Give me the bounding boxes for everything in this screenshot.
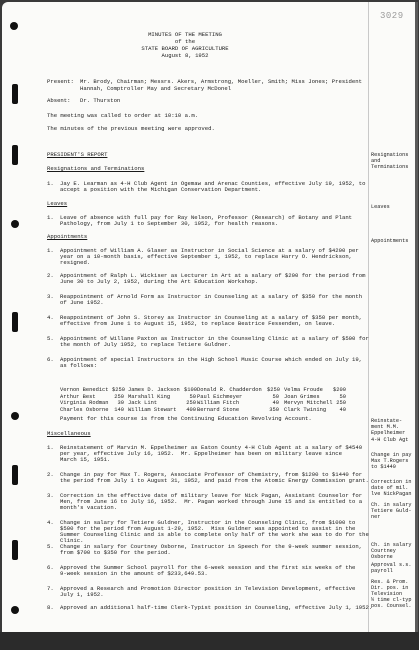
table-row: Charles Osborne 140 William Stewart 400 … [60, 407, 346, 414]
margin-note-ch-salary-osborne: Ch. in salary Courtney Osborne [371, 542, 411, 561]
binding-slot-icon [12, 540, 18, 560]
item-text: Appointment of special Instructors in th… [60, 357, 362, 364]
instructor-name: Charles Osborne [60, 407, 112, 414]
item-text: from $700 to $350 for the period. [60, 550, 171, 557]
instructor-amount: 50 [184, 394, 196, 401]
margin-note-leaves: Leaves [371, 204, 390, 210]
instructor-name: Joan Grimes [284, 394, 332, 401]
page-number: 3029 [380, 11, 404, 21]
item-text: the period from July 1 to August 31, 195… [60, 478, 369, 485]
instructor-amount: 350 [267, 407, 279, 414]
punch-hole-icon [11, 412, 19, 420]
leaves-heading: Leaves [47, 201, 67, 208]
instructor-amount: 40 [332, 407, 346, 414]
instructor-amount: 250 [112, 394, 124, 401]
instructor-amount: $100 [184, 387, 196, 394]
table-row: Arthur Best 250 Marshall King 50 Paul Ei… [60, 394, 346, 401]
item-number: 8. [47, 605, 54, 612]
punch-hole-icon [10, 22, 18, 30]
margin-note-change-pay: Change in pay Max T.Rogers to $1440 [371, 452, 411, 471]
instructor-amount: 140 [112, 407, 124, 414]
item-number: 1. [47, 445, 54, 452]
instructor-name: Virginia Rodman [60, 400, 112, 407]
item-number: 6. [47, 357, 54, 364]
presidents-report-heading: PRESIDENT'S REPORT [47, 152, 107, 159]
margin-note-res-prom: Res. & Prom. Dir. pos. in Television [371, 579, 408, 598]
item-number: 5. [47, 544, 54, 551]
item-text: year on a 10-month basis, effective Sept… [60, 254, 352, 261]
item-text: as follows: [60, 363, 97, 370]
instructor-name: William Stewart [128, 407, 184, 414]
item-text: 9-week session in the amount of $233,649… [60, 571, 208, 578]
instructor-amount: 50 [267, 394, 279, 401]
instructor-amount: $250 [267, 387, 279, 394]
item-text: Approved a Research and Promotion Direct… [60, 586, 355, 593]
item-text: effective from June 1 to August 15, 1952… [60, 321, 335, 328]
item-text: accept a position with the Michigan Cons… [60, 187, 261, 194]
item-number: 2. [47, 472, 54, 479]
minutes-approved: The minutes of the previous meeting were… [47, 126, 215, 133]
item-text: March 15, 1951. [60, 457, 110, 464]
present-label: Present: [47, 79, 74, 86]
instructor-name: Mervyn Mitchell [284, 400, 332, 407]
instructors-table: Vernon Benedict $250 James D. Jackson $1… [60, 387, 346, 413]
instructor-amount: 50 [332, 394, 346, 401]
item-text: month's vacation. [60, 505, 117, 512]
absent-label: Absent: [47, 98, 71, 105]
called-to-order: The meeting was called to order at 10:10… [47, 113, 198, 120]
document-page: 3029 MINUTES OF THE MEETING of the STATE… [2, 2, 418, 632]
instructor-amount: 400 [184, 407, 196, 414]
item-number: 3. [47, 493, 54, 500]
item-text: of June 1952. [60, 300, 104, 307]
instructor-amount: 250 [332, 400, 346, 407]
payment-note: Payment for this course is from the Cont… [60, 416, 312, 423]
page-edge [415, 2, 418, 632]
header-date: August 8, 1952 [2, 53, 368, 59]
item-text: Reappointment of Arnold Form as Instruct… [60, 294, 362, 301]
instructor-amount: 30 [112, 400, 124, 407]
instructor-name: Donald R. Chadderdon [197, 387, 267, 394]
item-text: Approved an additional half-time Clerk-T… [60, 605, 372, 612]
instructor-amount: 250 [184, 400, 196, 407]
instructor-amount: $250 [112, 387, 124, 394]
miscellaneous-heading: Miscellaneous [47, 431, 91, 438]
item-text: resigned. [60, 260, 90, 267]
item-text: July 1, 1952. [60, 592, 104, 599]
item-number: 6. [47, 565, 54, 572]
item-number: 4. [47, 520, 54, 527]
margin-note-correction: Correction in date of mil. lve NickPagan [371, 479, 411, 498]
item-number: 1. [47, 248, 54, 255]
instructor-name: James D. Jackson [128, 387, 184, 394]
item-number: 1. [47, 215, 54, 222]
margin-note-resignations: Resignations and Terminations [371, 152, 408, 171]
item-text: Summer Counseling Clinic and is able to … [60, 532, 369, 539]
instructor-name: Clark Twining [284, 407, 332, 414]
binding-slot-icon [12, 465, 18, 485]
instructor-name: William Fitch [197, 400, 267, 407]
item-number: 1. [47, 181, 54, 188]
margin-note-reinstatement: Reinstate- ment M.M. Eppelheimer 4-H Clu… [371, 418, 408, 443]
instructor-amount: 40 [267, 400, 279, 407]
instructor-name: Marshall King [128, 394, 184, 401]
appointments-heading: Appointments [47, 234, 87, 241]
item-number: 2. [47, 273, 54, 280]
instructor-name: Paul Eichmeyer [197, 394, 267, 401]
punch-hole-icon [11, 606, 19, 614]
table-row: Virginia Rodman 30 Jack Lint 250 William… [60, 400, 346, 407]
resignations-heading: Resignations and Terminations [47, 166, 144, 173]
present-line-2: Hannah, Comptroller May and Secretary Mc… [80, 86, 231, 93]
margin-note-appointments: Appointments [371, 238, 408, 244]
table-row: Vernon Benedict $250 James D. Jackson $1… [60, 387, 346, 394]
item-number: 5. [47, 336, 54, 343]
item-number: 4. [47, 315, 54, 322]
absent-value: Dr. Thurston [80, 98, 120, 105]
scan-background [0, 632, 419, 650]
margin-note-ch-salary-guldner: Ch. in salary Tetiere Guld- ner [371, 502, 411, 521]
margin-note-approval-payroll: Approval s.s. payroll [371, 562, 411, 574]
margin-note-half-time: ½ time cl-typ pos. Counsel. [371, 597, 411, 609]
binding-slot-icon [12, 84, 18, 104]
binding-slot-icon [12, 145, 18, 165]
item-number: 7. [47, 586, 54, 593]
binding-slot-icon [12, 312, 18, 332]
instructor-amount: $200 [332, 387, 346, 394]
instructor-name: Vernon Benedict [60, 387, 112, 394]
item-text: June 30 to July 2, 1952, during the Art … [60, 279, 258, 286]
item-text: the month of July 1952, to replace Tetie… [60, 342, 231, 349]
item-number: 3. [47, 294, 54, 301]
item-text: Pathology, from July 1 to September 30, … [60, 221, 278, 228]
instructor-name: Jack Lint [128, 400, 184, 407]
punch-hole-icon [11, 220, 19, 228]
instructor-name: Velma Froude [284, 387, 332, 394]
instructor-name: Bernard Stone [197, 407, 267, 414]
instructor-name: Arthur Best [60, 394, 112, 401]
